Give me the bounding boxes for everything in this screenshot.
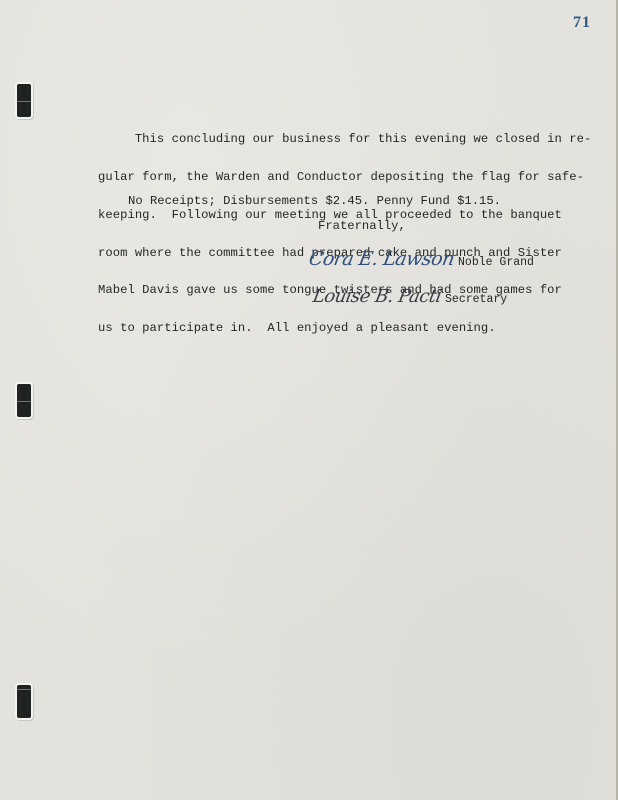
binder-hole-top [17, 84, 31, 117]
signature-title: Noble Grand [458, 256, 534, 269]
handwritten-signature: Cora E. Lawson [307, 248, 456, 270]
signature-block-secretary: Louise B. Pacti Secretary [313, 286, 507, 307]
signature-block-noble-grand: Cora E. Lawson Noble Grand [309, 248, 534, 270]
minutes-paragraph: This concluding our business for this ev… [98, 108, 588, 360]
signature-title: Secretary [445, 293, 507, 306]
page-number: 71 [573, 14, 591, 32]
paragraph-line: gular form, the Warden and Conductor dep… [98, 171, 588, 184]
binder-hole-middle [17, 384, 31, 417]
paragraph-line: us to participate in. All enjoyed a plea… [98, 322, 588, 335]
binder-hole-bottom [17, 685, 31, 718]
finance-summary: No Receipts; Disbursements $2.45. Penny … [128, 194, 501, 208]
document-page: 71 This concluding our business for this… [0, 0, 618, 800]
paragraph-line: This concluding our business for this ev… [98, 133, 588, 146]
closing-salutation: Fraternally, [318, 219, 406, 233]
handwritten-signature: Louise B. Pacti [311, 286, 443, 307]
